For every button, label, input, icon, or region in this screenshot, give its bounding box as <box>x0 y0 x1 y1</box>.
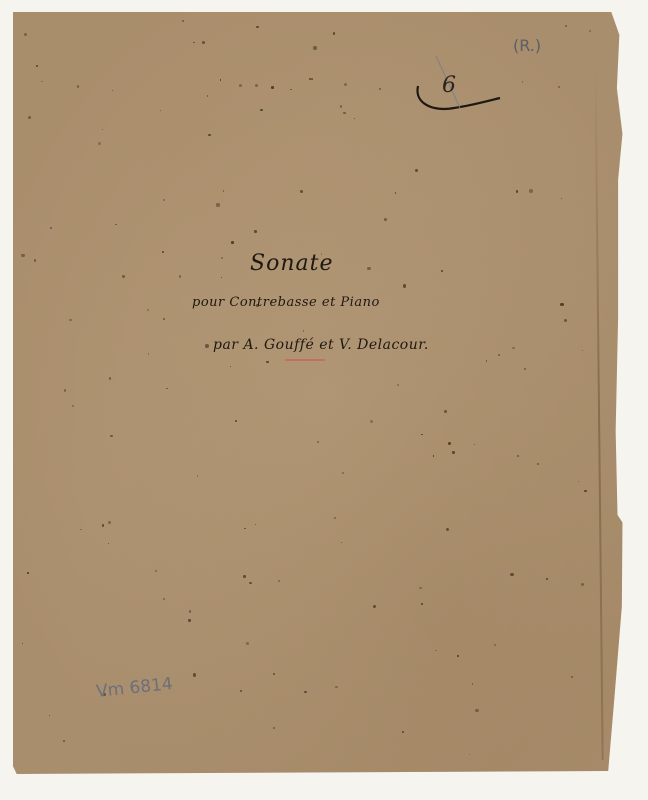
paper-speck <box>221 257 223 259</box>
document-title: Sonate <box>250 251 333 276</box>
paper-speck <box>243 575 246 578</box>
paper-speck <box>246 642 249 645</box>
corner-ink-mark-icon: 6 <box>414 56 504 116</box>
paper-speck <box>98 142 101 145</box>
paper-speck <box>221 277 222 278</box>
paper-speck <box>166 388 167 389</box>
paper-speck <box>223 190 224 191</box>
corner-annotation: (R.) <box>513 36 541 55</box>
paper-speck <box>469 754 470 755</box>
paper-speck <box>546 578 548 580</box>
paper-speck <box>342 472 344 474</box>
paper-speck <box>155 570 157 572</box>
paper-speck <box>311 78 313 80</box>
paper-speck <box>163 318 165 320</box>
paper-speck <box>244 528 246 530</box>
paper-speck <box>475 709 479 713</box>
paper-speck <box>379 88 381 90</box>
paper-speck <box>249 582 252 585</box>
paper-speck <box>21 254 24 257</box>
manuscript-cover-sheet <box>13 12 633 774</box>
paper-speck <box>435 650 436 651</box>
paper-speck <box>255 84 258 87</box>
paper-speck <box>239 84 242 87</box>
paper-speck <box>529 189 533 193</box>
paper-speck <box>564 319 567 322</box>
paper-speck <box>27 572 28 573</box>
paper-speck <box>108 521 111 524</box>
paper-speck <box>421 603 423 605</box>
paper-speck <box>197 475 198 476</box>
paper-speck <box>578 481 579 482</box>
paper-speck <box>313 46 316 49</box>
red-pencil-underline <box>285 359 325 361</box>
paper-speck <box>182 20 184 22</box>
paper-speck <box>41 81 42 82</box>
paper-speck <box>205 344 208 347</box>
paper-speck <box>148 353 149 354</box>
paper-speck <box>524 368 526 370</box>
paper-speck <box>231 241 234 244</box>
paper-speck <box>189 610 192 613</box>
paper-speck <box>560 303 563 306</box>
paper-speck <box>188 619 190 621</box>
paper-speck <box>235 420 237 422</box>
paper-speck <box>419 587 421 589</box>
paper-speck <box>273 727 274 728</box>
paper-speck <box>278 580 279 581</box>
paper-speck <box>122 275 125 278</box>
paper-speck <box>64 389 67 392</box>
paper-speck <box>498 354 500 356</box>
paper-speck <box>340 105 342 107</box>
paper-speck <box>457 655 459 657</box>
paper-speck <box>34 259 36 261</box>
paper-speck <box>290 89 292 91</box>
document-subtitle: pour Contrebasse et Piano <box>192 295 380 310</box>
paper-speck <box>271 86 274 89</box>
paper-speck <box>266 361 269 364</box>
paper-speck <box>433 455 434 456</box>
document-authors: par A. Gouffé et V. Delacour. <box>213 337 429 353</box>
paper-speck <box>69 319 72 322</box>
svg-text:6: 6 <box>442 73 456 98</box>
paper-speck <box>254 230 257 233</box>
paper-speck <box>72 405 74 407</box>
paper-speck <box>565 25 567 27</box>
paper-speck <box>36 65 38 67</box>
paper-speck <box>512 347 514 349</box>
paper-speck <box>208 134 210 136</box>
paper-speck <box>452 451 454 453</box>
paper-speck <box>216 203 219 206</box>
paper-speck <box>343 112 345 114</box>
